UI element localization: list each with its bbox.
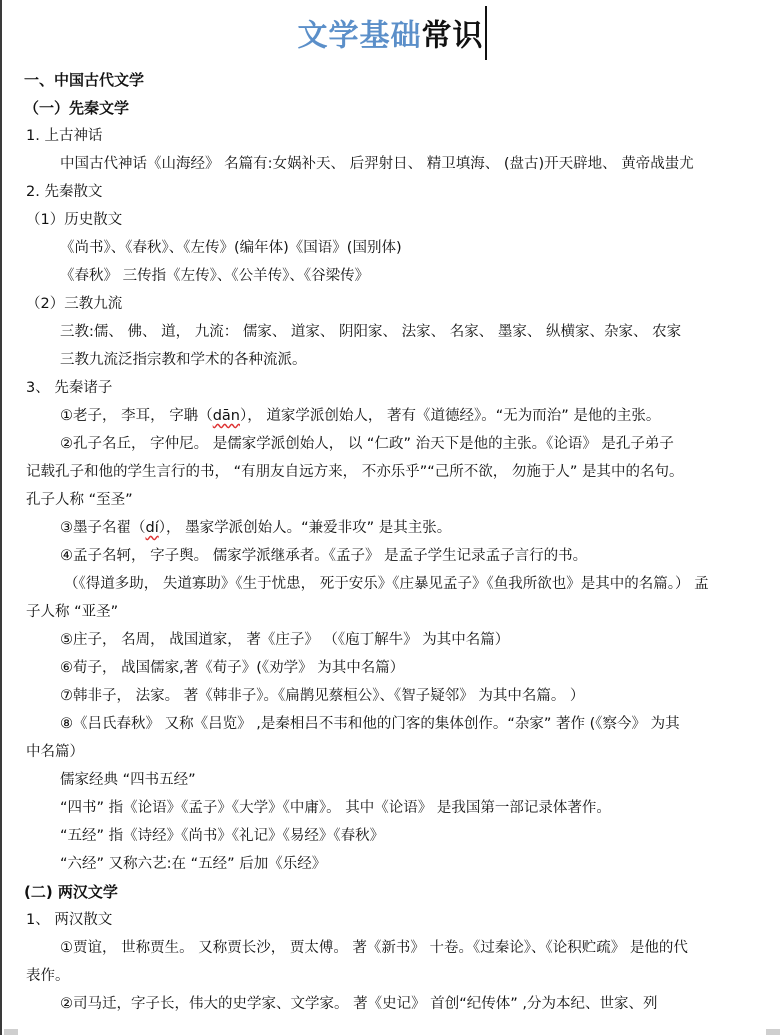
paragraph-line: ⑤庄子， 名周， 战国道家， 著《庄子》 （《庖丁解牛》 为其中名篇） (2, 626, 780, 654)
paragraph-line: ⑥荀子， 战国儒家,著《荀子》(《劝学》 为其中名篇） (2, 654, 780, 682)
paragraph-line: ⑧《吕氏春秋》 又称《吕览》 ,是秦相吕不韦和他的门客的集体创作。“杂家” 著作… (2, 710, 780, 738)
paragraph-line: 中国古代神话《山海经》 名篇有:女娲补天、 后羿射日、 精卫填海、 (盘古)开天… (2, 150, 780, 178)
document-page: 文学基础常识 一、中国古代文学 （一）先秦文学 1. 上古神话 中国古代神话《山… (0, 0, 780, 1035)
paragraph-line: “五经” 指《诗经》《尚书》《礼记》《易经》《春秋》 (2, 822, 780, 850)
paragraph-line: 子人称 “亚圣” (2, 598, 780, 626)
page-corner-marker (766, 1029, 780, 1035)
paragraph-line: （《得道多助， 失道寡助》《生于忧患， 死于安乐》《庄暴见孟子》《鱼我所欲也》是… (2, 570, 780, 598)
paragraph-line: 三教九流泛指宗教和学术的各种流派。 (2, 346, 780, 374)
paragraph-line: 《春秋》 三传指《左传》、《公羊传》、《谷梁传》 (2, 262, 780, 290)
spellcheck-flagged-pinyin[interactable]: dí (146, 520, 159, 536)
subtopic-heading: （1）历史散文 (2, 206, 780, 234)
title-highlighted-text: 文学基础 (298, 19, 422, 54)
line-text: ①老子， 李耳， 字聃（ (60, 408, 213, 424)
paragraph-line: “六经” 又称六艺:在 “五经” 后加《乐经》 (2, 850, 780, 878)
topic-heading: 1、 两汉散文 (2, 906, 780, 934)
paragraph-line: ③墨子名翟（dí）， 墨家学派创始人。“兼爱非攻” 是其主张。 (2, 514, 780, 542)
topic-heading: 1. 上古神话 (2, 122, 780, 150)
paragraph-line: ①老子， 李耳， 字聃（dān）， 道家学派创始人， 著有《道德经》。“无为而治… (2, 402, 780, 430)
subsection-heading: (二) 两汉文学 (2, 878, 780, 906)
paragraph-line: 儒家经典 “四书五经” (2, 766, 780, 794)
line-text: ）， 墨家学派创始人。“兼爱非攻” 是其主张。 (159, 520, 452, 536)
document-title[interactable]: 文学基础常识 (2, 10, 780, 58)
topic-heading: 2. 先秦散文 (2, 178, 780, 206)
line-text: ③墨子名翟（ (60, 520, 146, 536)
title-plain-text: 常识 (422, 19, 484, 54)
line-text: ）， 道家学派创始人， 著有《道德经》。“无为而治” 是他的主张。 (240, 408, 660, 424)
subsection-heading: （一）先秦文学 (2, 94, 780, 122)
paragraph-line: 记载孔子和他的学生言行的书， “有朋友自远方来， 不亦乐乎”“己所不欲， 勿施于… (2, 458, 780, 486)
paragraph-line: 《尚书》、《春秋》、《左传》(编年体)《国语》(国别体) (2, 234, 780, 262)
paragraph-line: ④孟子名轲， 字子舆。 儒家学派继承者。《孟子》 是孟子学生记录孟子言行的书。 (2, 542, 780, 570)
topic-heading: 3、 先秦诸子 (2, 374, 780, 402)
paragraph-line: 表作。 (2, 962, 780, 990)
paragraph-line: 中名篇） (2, 738, 780, 766)
paragraph-line: ②孔子名丘， 字仲尼。 是儒家学派创始人， 以 “仁政” 治天下是他的主张。《论… (2, 430, 780, 458)
paragraph-line: 三教:儒、 佛、 道， 九流： 儒家、 道家、 阴阳家、 法家、 名家、 墨家、… (2, 318, 780, 346)
page-corner-marker (4, 1029, 18, 1035)
paragraph-line: ②司马迁，字子长，伟大的史学家、文学家。 著《史记》 首创“纪传体” ,分为本纪… (2, 990, 780, 1018)
subtopic-heading: （2）三教九流 (2, 290, 780, 318)
paragraph-line: ⑦韩非子， 法家。 著《韩非子》。《扁鹊见蔡桓公》、《智子疑邻》 为其中名篇。 … (2, 682, 780, 710)
spellcheck-flagged-pinyin[interactable]: dān (213, 408, 240, 424)
document-body[interactable]: 一、中国古代文学 （一）先秦文学 1. 上古神话 中国古代神话《山海经》 名篇有… (2, 66, 780, 1018)
text-cursor (485, 6, 487, 60)
paragraph-line: 孔子人称 “至圣” (2, 486, 780, 514)
paragraph-line: ①贾谊， 世称贾生。 又称贾长沙， 贾太傅。 著《新书》 十卷。《过秦论》、《论… (2, 934, 780, 962)
paragraph-line: “四书” 指《论语》《孟子》《大学》《中庸》。 其中《论语》 是我国第一部记录体… (2, 794, 780, 822)
section-heading: 一、中国古代文学 (2, 66, 780, 94)
